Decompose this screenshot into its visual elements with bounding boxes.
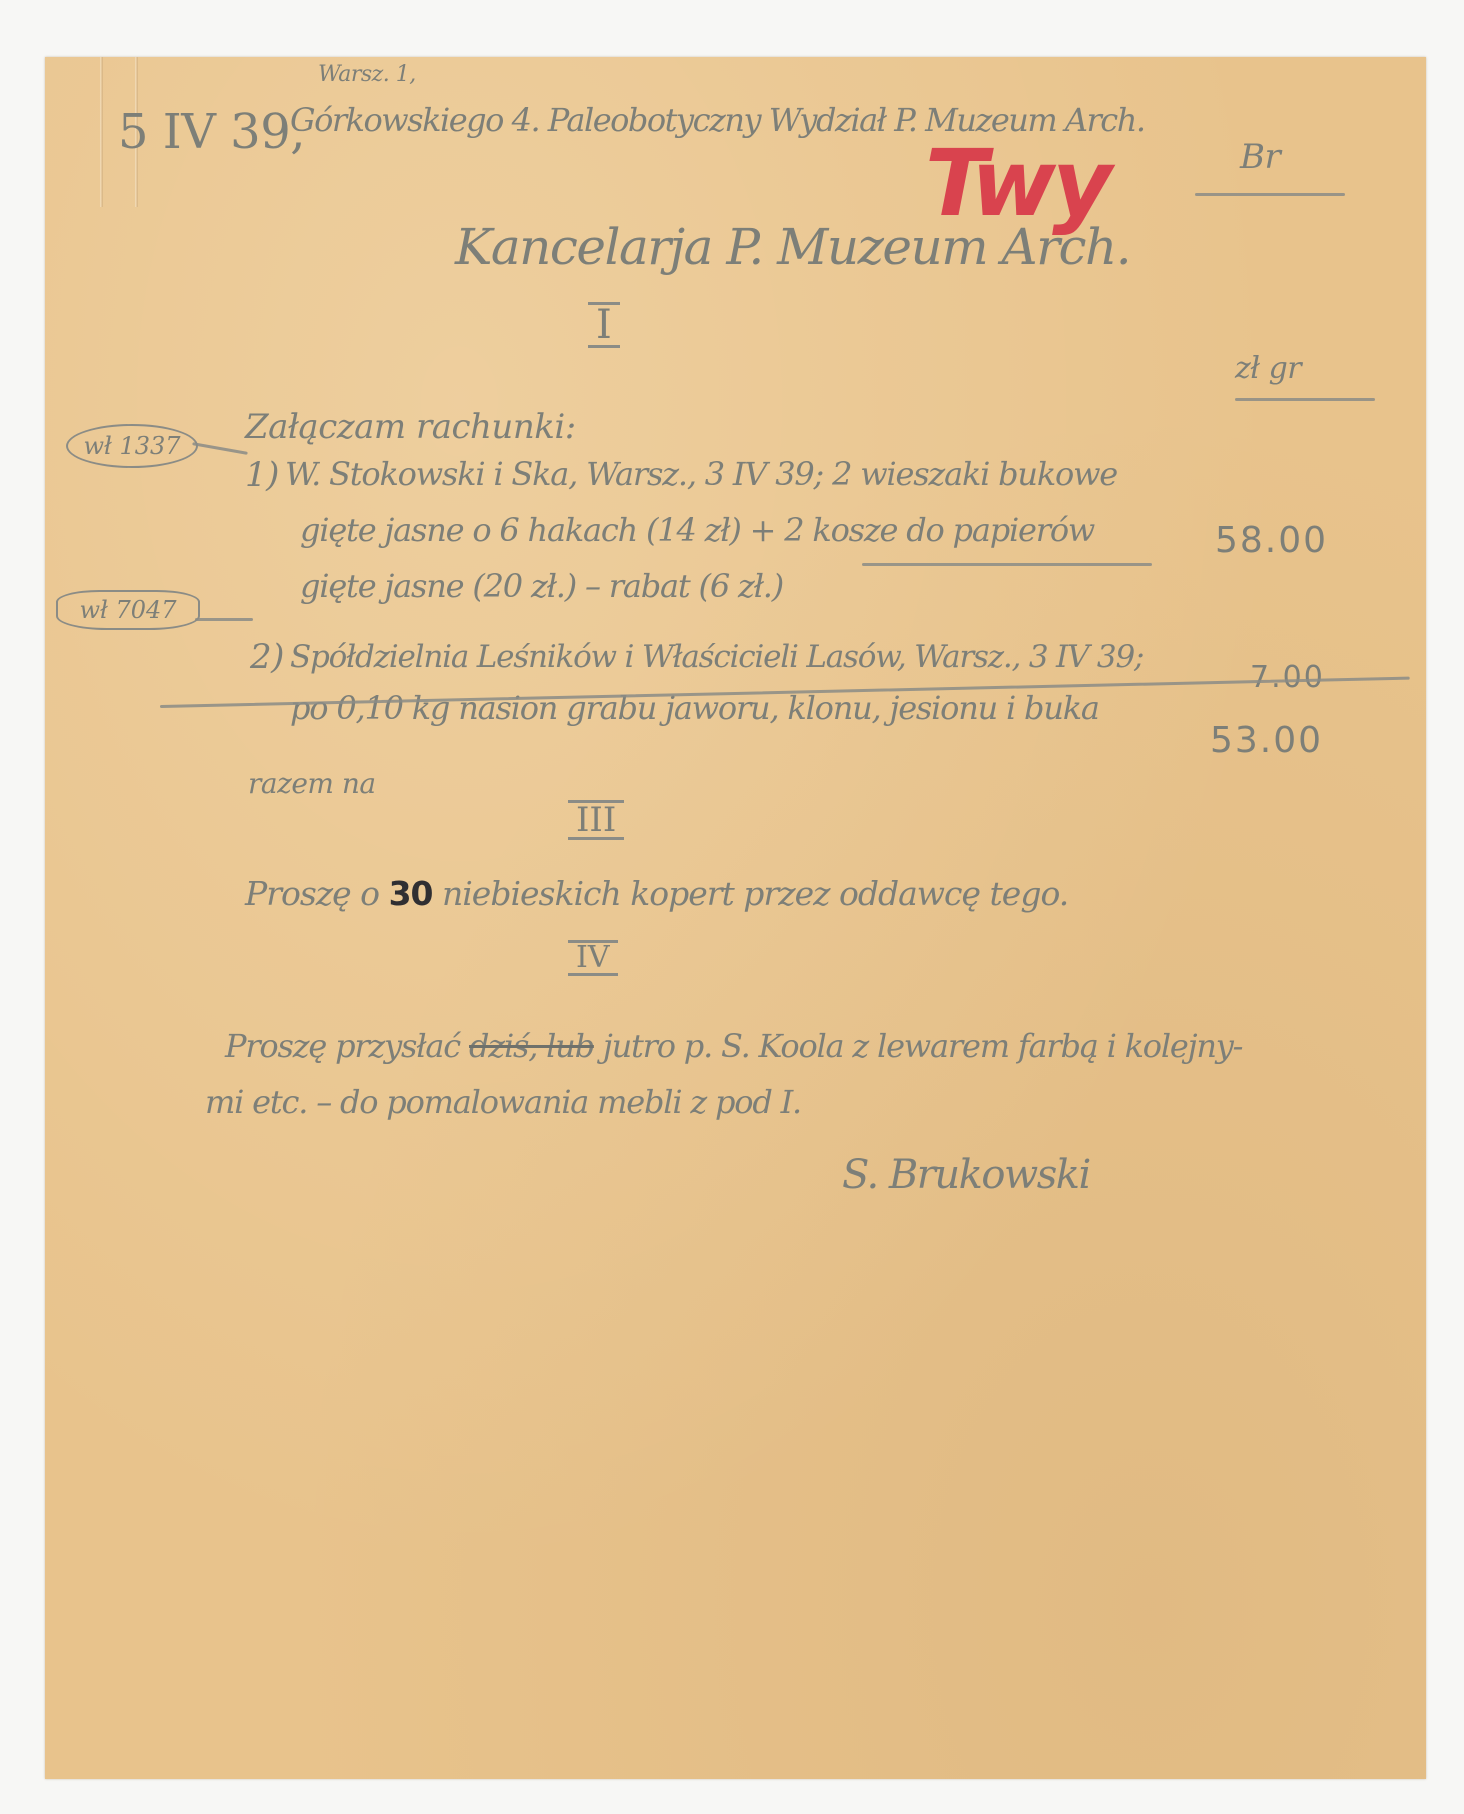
item-1-number: 1) [245, 458, 279, 492]
section-iii-text-after: niebieskich kopert przez oddawcę tego. [442, 874, 1068, 913]
item-1-amount: 58.00 [1215, 520, 1328, 561]
currency-underline [1235, 398, 1375, 401]
section-iv-struck-text: dziś, lub [469, 1027, 594, 1065]
section-numeral-i: I [588, 302, 620, 348]
ref-bubble-1: wł 1337 [66, 424, 198, 468]
item-2-amount: 7.00 [1250, 660, 1325, 695]
section-iv-line-1: Proszę przysłać dziś, lub jutro p. S. Ko… [225, 1030, 1242, 1062]
section-iii-quantity: 30 [389, 874, 433, 913]
paper-crease [100, 57, 103, 207]
section-iv-line-1-before: Proszę przysłać [225, 1027, 460, 1065]
section-numeral-iii: III [568, 800, 624, 840]
section-iii-text: Proszę o 30 niebieskich kopert przez odd… [245, 877, 1068, 910]
item-1-line-2: gięte jasne o 6 hakach (14 zł) + 2 kosze… [300, 514, 1094, 546]
item-2-line-2: po 0,10 kg nasion grabu jaworu, klonu, j… [290, 692, 1099, 724]
header-initials: Br [1240, 140, 1280, 174]
intro-text: Załączam rachunki: [245, 410, 576, 444]
page-title: Kancelarja P. Muzeum Arch. [455, 222, 1130, 272]
document-page [45, 57, 1426, 1779]
ref-connector-2 [195, 618, 253, 621]
section-iv-line-2: mi etc. – do pomalowania mebli z pod I. [205, 1086, 801, 1118]
item-1-line-3: gięte jasne (20 zł.) – rabat (6 zł.) [300, 570, 783, 602]
signature: S. Brukowski [842, 1155, 1090, 1195]
section-iii-text-before: Proszę o [245, 874, 379, 913]
total-label: razem na [248, 770, 376, 798]
total-amount: 53.00 [1210, 720, 1323, 761]
item-1-leader-line [862, 563, 1152, 566]
red-pencil-mark: Twy [925, 138, 1108, 230]
header-date: 5 IV 39, [118, 108, 305, 156]
currency-header: zł gr [1235, 354, 1301, 384]
item-2-line-1: Spółdzielnia Leśników i Właścicieli Lasó… [290, 642, 1143, 673]
header-note-above: Warsz. 1, [318, 64, 416, 86]
section-iv-line-1-after: jutro p. S. Koola z lewarem farbą i kole… [603, 1027, 1242, 1065]
item-2-number: 2) [250, 640, 284, 674]
header-underline [1195, 193, 1345, 196]
ref-bubble-2: wł 7047 [56, 590, 200, 630]
item-1-line-1: W. Stokowski i Ska, Warsz., 3 IV 39; 2 w… [285, 458, 1117, 490]
section-numeral-iv: IV [568, 940, 618, 976]
